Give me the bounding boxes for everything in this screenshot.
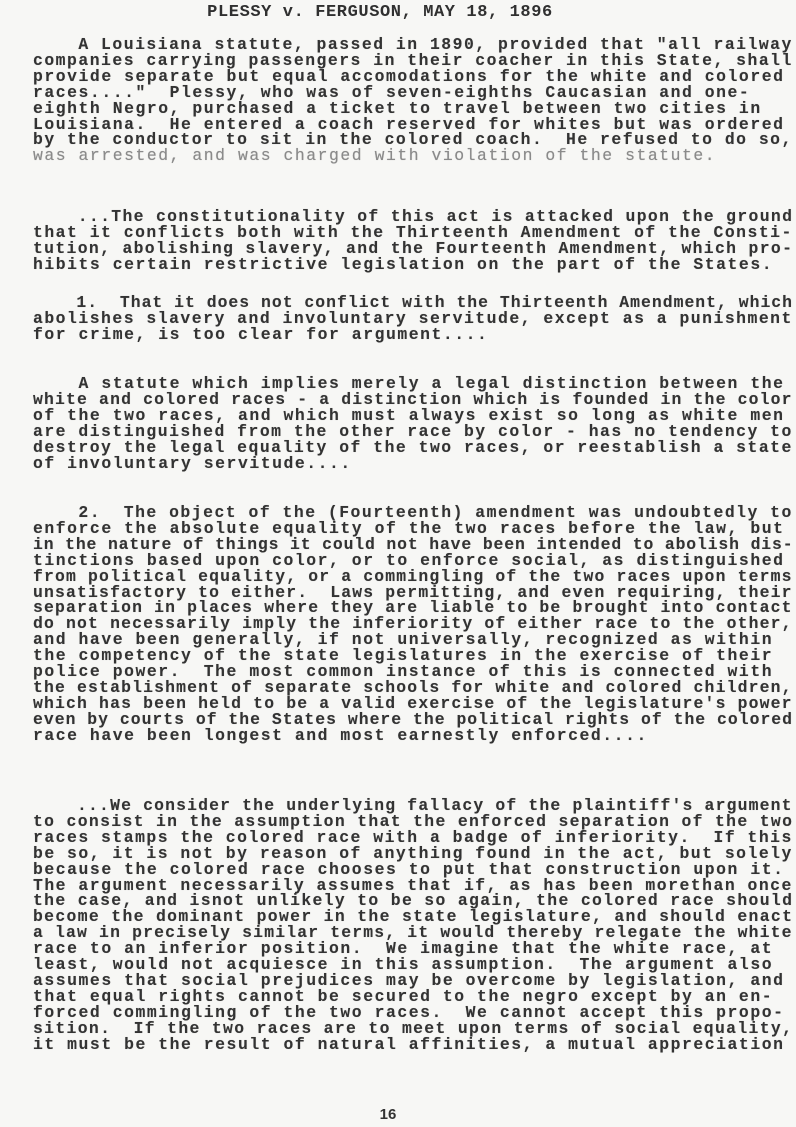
text-line: of involuntary servitude.... — [33, 455, 352, 473]
text-line: race have been longest and most earnestl… — [33, 727, 648, 745]
page-number: 16 — [0, 1106, 796, 1123]
page-title: PLESSY v. FERGUSON, MAY 18, 1896 — [0, 3, 760, 22]
document-page: PLESSY v. FERGUSON, MAY 18, 1896 A Louis… — [0, 0, 796, 1127]
text-line: hibits certain restrictive legislation o… — [33, 256, 773, 274]
page-number-text: 16 — [380, 1106, 397, 1123]
text-line: it must be the result of natural affinit… — [33, 1036, 784, 1054]
text-line: for crime, is too clear for argument.... — [33, 326, 488, 344]
text-line: was arrested, and was charged with viola… — [33, 147, 716, 165]
